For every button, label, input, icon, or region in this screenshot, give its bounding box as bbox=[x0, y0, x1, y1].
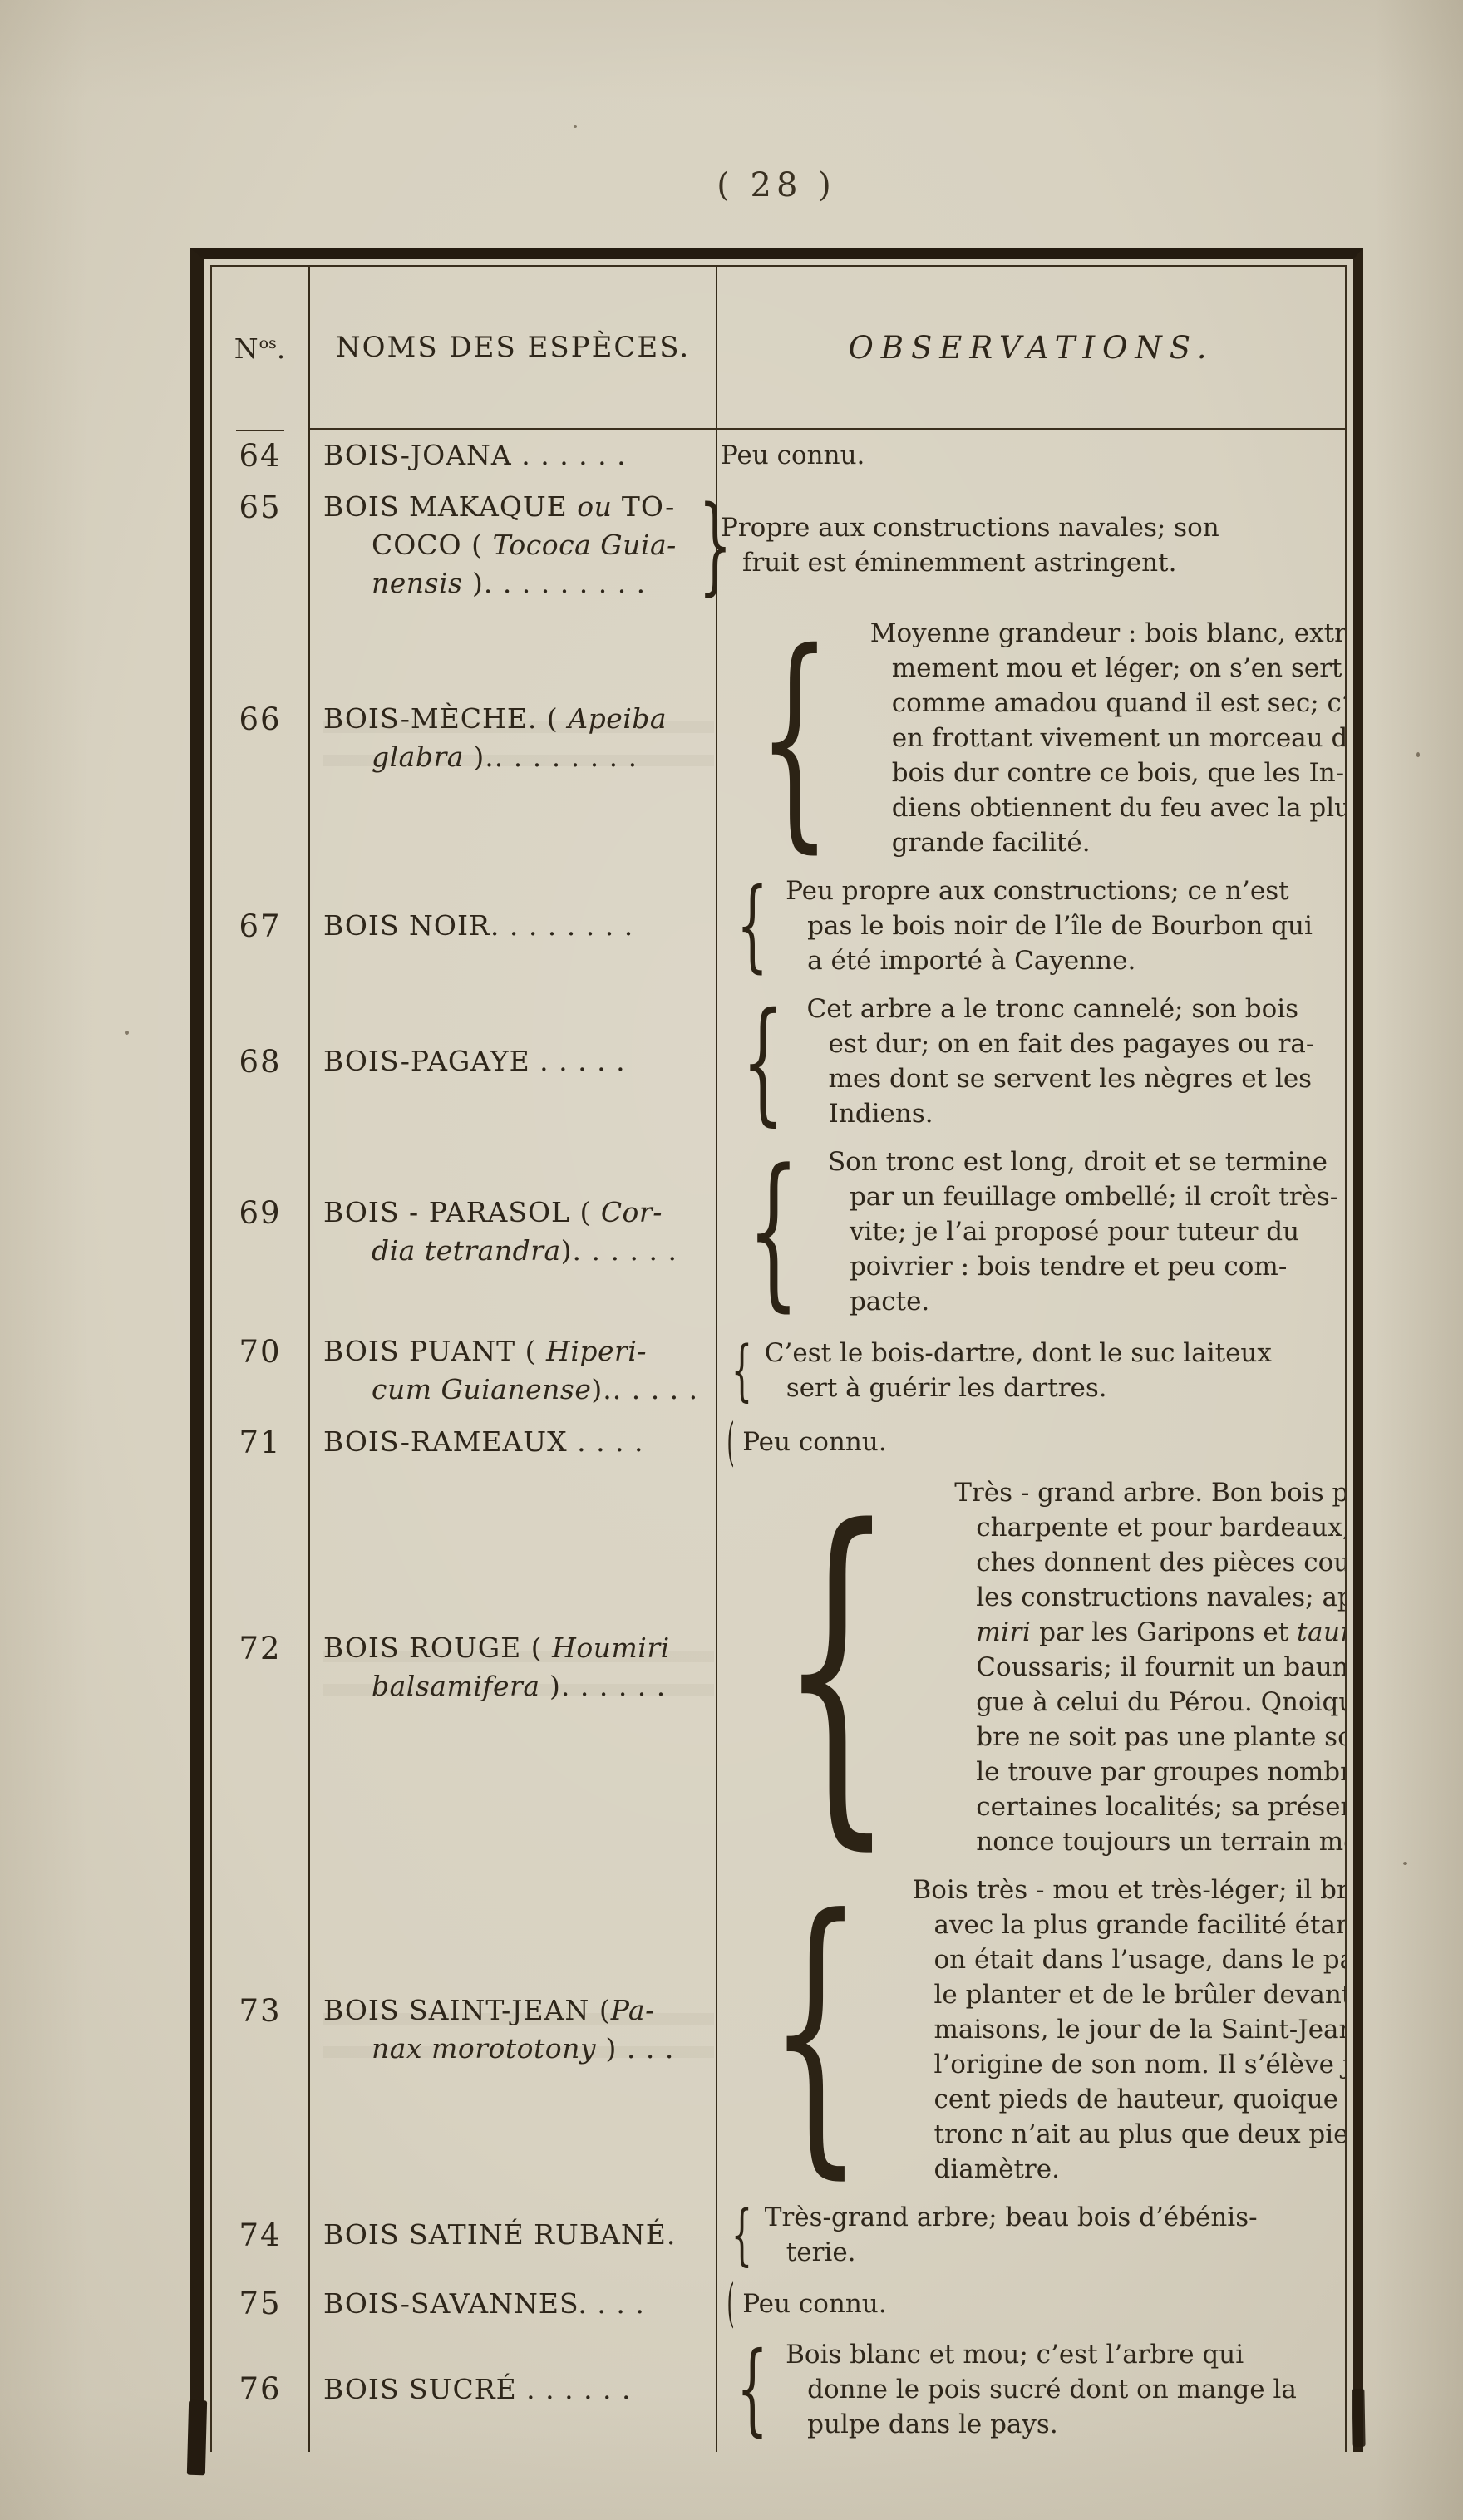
species-name-cell: BOIS MAKAQUE ou TO-COCO ( Tococa Guia-ne… bbox=[310, 481, 717, 609]
row-number-cell: 71 bbox=[212, 1415, 310, 1469]
observation-text: Peu connu. bbox=[742, 2286, 886, 2321]
observation-text: Moyenne grandeur : bois blanc, extrê-mem… bbox=[870, 616, 1347, 860]
header-species-column: NOMS DES ESPÈCES. bbox=[310, 267, 717, 430]
brace-mark: ( bbox=[727, 2283, 735, 2323]
observation-text: Son tronc est long, droit et se terminep… bbox=[828, 1144, 1338, 1319]
row-number: 68 bbox=[239, 1044, 281, 1080]
observation-cell: {Bois très - mou et très-léger; il brûle… bbox=[717, 1866, 1347, 2193]
row-number-cell: 73 bbox=[212, 1866, 310, 2193]
table-body: 64BOIS-JOANA . . . . . .Peu connu.65BOIS… bbox=[212, 430, 1345, 2449]
row-number-cell: 70 bbox=[212, 1326, 310, 1415]
species-name: BOIS-SAVANNES. . . . bbox=[323, 2285, 714, 2323]
brace-mark: { bbox=[741, 1010, 784, 1113]
brace-mark: { bbox=[731, 1345, 752, 1396]
species-name: BOIS-PAGAYE . . . . . bbox=[323, 1042, 714, 1080]
table-row: 70BOIS PUANT ( Hiperi-cum Guianense).. .… bbox=[212, 1326, 1345, 1415]
header-species-label: NOMS DES ESPÈCES. bbox=[336, 331, 690, 364]
header-number-column: Nos. bbox=[212, 267, 310, 430]
row-number: 71 bbox=[239, 1425, 281, 1460]
table-row: 76BOIS SUCRÉ . . . . . .{Bois blanc et m… bbox=[212, 2331, 1345, 2449]
row-number-cell: 74 bbox=[212, 2193, 310, 2276]
species-name: BOIS PUANT ( Hiperi-cum Guianense).. . .… bbox=[323, 1332, 714, 1409]
species-table: Nos. NOMS DES ESPÈCES. OBSERVATIONS. 64B… bbox=[190, 248, 1363, 2452]
table-row: 65BOIS MAKAQUE ou TO-COCO ( Tococa Guia-… bbox=[212, 481, 1345, 609]
species-name: BOIS - PARASOL ( Cor-dia tetrandra). . .… bbox=[323, 1194, 714, 1270]
brace-mark: { bbox=[757, 647, 831, 829]
species-name-cell: BOIS ROUGE ( Houmiribalsamifera ). . . .… bbox=[310, 1469, 717, 1866]
species-name-cell: BOIS SAINT-JEAN (Pa-nax morototony ) . .… bbox=[310, 1866, 717, 2193]
species-name: BOIS SAINT-JEAN (Pa-nax morototony ) . .… bbox=[323, 1991, 714, 2068]
observation-text: Peu propre aux constructions; ce n’estpa… bbox=[786, 874, 1313, 978]
row-number: 76 bbox=[239, 2371, 281, 2407]
species-name: BOIS-JOANA . . . . . . bbox=[323, 436, 714, 475]
brace-mark: { bbox=[779, 1525, 895, 1809]
observation-text: Très-grand arbre; beau bois d’ébénis-ter… bbox=[765, 2200, 1258, 2270]
species-name: BOIS NOIR. . . . . . . . bbox=[323, 907, 714, 945]
table-row: 68BOIS-PAGAYE . . . . .{Cet arbre a le t… bbox=[212, 985, 1345, 1138]
table-row: 73BOIS SAINT-JEAN (Pa-nax morototony ) .… bbox=[212, 1866, 1345, 2193]
species-table-inner: Nos. NOMS DES ESPÈCES. OBSERVATIONS. 64B… bbox=[210, 265, 1347, 2452]
table-header-row: Nos. NOMS DES ESPÈCES. OBSERVATIONS. bbox=[212, 267, 1345, 430]
ink-speck bbox=[125, 1031, 129, 1035]
row-number-cell: 67 bbox=[212, 867, 310, 985]
row-number-cell: 72 bbox=[212, 1469, 310, 1866]
row-number-cell: 76 bbox=[212, 2331, 310, 2449]
observation-cell: {Peu propre aux constructions; ce n’estp… bbox=[717, 867, 1345, 985]
species-name: BOIS SUCRÉ . . . . . . bbox=[323, 2370, 714, 2409]
species-name: BOIS-RAMEAUX . . . . bbox=[323, 1423, 714, 1461]
table-row: 66BOIS-MÈCHE. ( Apeibaglabra ).. . . . .… bbox=[212, 609, 1345, 867]
observation-text: C’est le bois-dartre, dont le suc laiteu… bbox=[765, 1336, 1272, 1405]
ink-blob-right bbox=[1352, 2389, 1365, 2447]
row-number: 70 bbox=[239, 1334, 281, 1370]
table-row: 69BOIS - PARASOL ( Cor-dia tetrandra). .… bbox=[212, 1138, 1345, 1326]
observation-cell: Propre aux constructions navales; sonfru… bbox=[717, 504, 1345, 587]
row-number: 73 bbox=[239, 1993, 281, 2029]
row-number: 72 bbox=[239, 1631, 281, 1666]
ink-speck bbox=[574, 125, 577, 128]
observation-cell: (Peu connu. bbox=[717, 2276, 1345, 2330]
species-name: BOIS ROUGE ( Houmiribalsamifera ). . . .… bbox=[323, 1629, 714, 1705]
row-number: 67 bbox=[239, 908, 281, 944]
species-name-cell: BOIS NOIR. . . . . . . . bbox=[310, 867, 717, 985]
observation-cell: {Très - grand arbre. Bon bois pour lacha… bbox=[717, 1469, 1347, 1866]
row-number-cell: 75 bbox=[212, 2276, 310, 2330]
table-row: 72BOIS ROUGE ( Houmiribalsamifera ). . .… bbox=[212, 1469, 1345, 1866]
observation-text: Bois très - mou et très-léger; il brûlea… bbox=[912, 1873, 1347, 2187]
species-name-cell: BOIS SUCRÉ . . . . . . bbox=[310, 2331, 717, 2449]
row-number-cell: 66 bbox=[212, 609, 310, 867]
row-number-cell: 68 bbox=[212, 985, 310, 1138]
row-number: 64 bbox=[239, 438, 281, 474]
observation-text: Très - grand arbre. Bon bois pour lachar… bbox=[954, 1475, 1347, 1859]
observation-cell: {C’est le bois-dartre, dont le suc laite… bbox=[717, 1329, 1345, 1412]
table-row: 64BOIS-JOANA . . . . . .Peu connu. bbox=[212, 430, 1345, 481]
row-number-cell: 64 bbox=[212, 430, 310, 481]
brace-mark: { bbox=[747, 1167, 800, 1297]
observation-text: Propre aux constructions navales; sonfru… bbox=[721, 510, 1219, 580]
row-number: 66 bbox=[239, 701, 281, 737]
species-name: BOIS MAKAQUE ou TO-COCO ( Tococa Guia-ne… bbox=[323, 488, 677, 603]
species-name: BOIS-MÈCHE. ( Apeibaglabra ).. . . . . .… bbox=[323, 700, 714, 776]
row-number: 74 bbox=[239, 2217, 281, 2253]
ink-speck bbox=[1403, 1862, 1407, 1865]
species-name-cell: BOIS-RAMEAUX . . . . bbox=[310, 1415, 717, 1469]
brace-mark: { bbox=[731, 2209, 752, 2261]
row-number-cell: 69 bbox=[212, 1138, 310, 1326]
observation-cell: {Très-grand arbre; beau bois d’ébénis-te… bbox=[717, 2193, 1345, 2276]
species-name-cell: BOIS-MÈCHE. ( Apeibaglabra ).. . . . . .… bbox=[310, 609, 717, 867]
header-number-label: Nos. bbox=[234, 332, 287, 365]
header-observations-label: OBSERVATIONS. bbox=[848, 330, 1214, 366]
observation-text: Cet arbre a le tronc cannelé; son boises… bbox=[807, 992, 1315, 1131]
ink-blob-left bbox=[187, 2400, 207, 2476]
table-row: 67BOIS NOIR. . . . . . . .{Peu propre au… bbox=[212, 867, 1345, 985]
observation-cell: {Moyenne grandeur : bois blanc, extrê-me… bbox=[717, 609, 1347, 867]
species-name-cell: BOIS PUANT ( Hiperi-cum Guianense).. . .… bbox=[310, 1326, 717, 1415]
ink-speck bbox=[1416, 752, 1420, 757]
species-name-cell: BOIS-JOANA . . . . . . bbox=[310, 430, 717, 481]
row-number-cell: 65 bbox=[212, 481, 310, 609]
observation-cell: {Son tronc est long, droit et se termine… bbox=[717, 1138, 1345, 1326]
row-number: 69 bbox=[239, 1195, 281, 1231]
observation-text: Peu connu. bbox=[721, 438, 864, 473]
species-name: BOIS SATINÉ RUBANÉ. bbox=[323, 2216, 714, 2254]
page-number: ( 28 ) bbox=[190, 166, 1363, 204]
observation-cell: {Cet arbre a le tronc cannelé; son boise… bbox=[717, 985, 1345, 1138]
species-name-cell: BOIS-SAVANNES. . . . bbox=[310, 2276, 717, 2330]
species-name-cell: BOIS-PAGAYE . . . . . bbox=[310, 985, 717, 1138]
brace-mark: { bbox=[768, 1913, 863, 2146]
row-number: 75 bbox=[239, 2286, 281, 2321]
observation-cell: {Bois blanc et mou; c’est l’arbre quidon… bbox=[717, 2331, 1345, 2449]
brace-mark: } bbox=[698, 504, 731, 586]
species-name-cell: BOIS SATINÉ RUBANÉ. bbox=[310, 2193, 717, 2276]
row-number: 65 bbox=[239, 490, 281, 525]
observation-cell: Peu connu. bbox=[717, 431, 1345, 480]
table-row: 74BOIS SATINÉ RUBANÉ.{Très-grand arbre; … bbox=[212, 2193, 1345, 2276]
table-rule-extension bbox=[212, 2449, 1345, 2452]
brace-mark: { bbox=[736, 887, 768, 964]
brace-mark: { bbox=[736, 2350, 768, 2428]
brace-mark: ( bbox=[727, 1422, 735, 1462]
species-name-cell: BOIS - PARASOL ( Cor-dia tetrandra). . .… bbox=[310, 1138, 717, 1326]
header-observations-column: OBSERVATIONS. bbox=[717, 267, 1345, 430]
table-row: 75BOIS-SAVANNES. . . .(Peu connu. bbox=[212, 2276, 1345, 2330]
observation-text: Bois blanc et mou; c’est l’arbre quidonn… bbox=[786, 2337, 1297, 2442]
